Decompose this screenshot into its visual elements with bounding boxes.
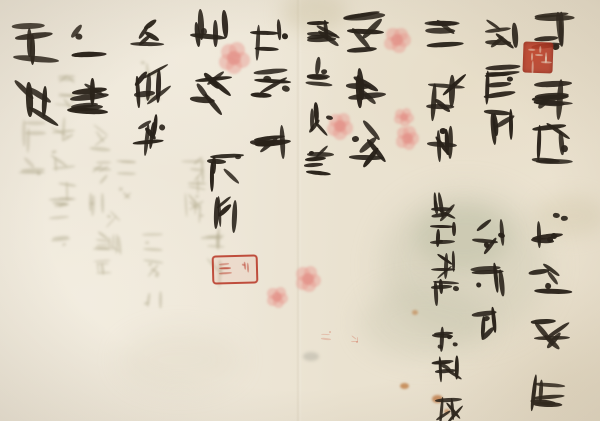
brush-stroke <box>357 337 358 342</box>
seal-script-stroke <box>535 54 543 56</box>
seal-script-stroke <box>528 48 536 50</box>
seals-layer <box>0 0 600 421</box>
seal-script-stroke <box>539 46 541 53</box>
seal-script-stroke <box>545 53 547 62</box>
brush-stroke <box>220 267 231 270</box>
artist-seal-top-right <box>522 41 553 73</box>
faint-red-mark <box>350 335 360 345</box>
brush-stroke <box>321 338 331 341</box>
artist-seal-below-inscription <box>212 254 259 284</box>
calligraphy-character <box>237 260 253 276</box>
seal-script-stroke <box>532 61 534 75</box>
brush-stroke <box>321 334 330 336</box>
calligraphy-character <box>218 260 234 276</box>
brush-stroke <box>329 331 332 333</box>
seal-script-stroke <box>531 53 533 61</box>
brush-stroke <box>219 271 232 274</box>
album-leaf-photo: 非鸭脑熏樱桃烤乳猪汆伞胆天中五瑞丝瓜鸭掌烩鸡腰红油木耳回锅肉油淋鸽寿面东坡肉寿桃… <box>0 0 600 421</box>
brush-stroke <box>219 262 229 265</box>
faint-red-mark <box>320 327 334 341</box>
brush-stroke <box>247 262 250 272</box>
